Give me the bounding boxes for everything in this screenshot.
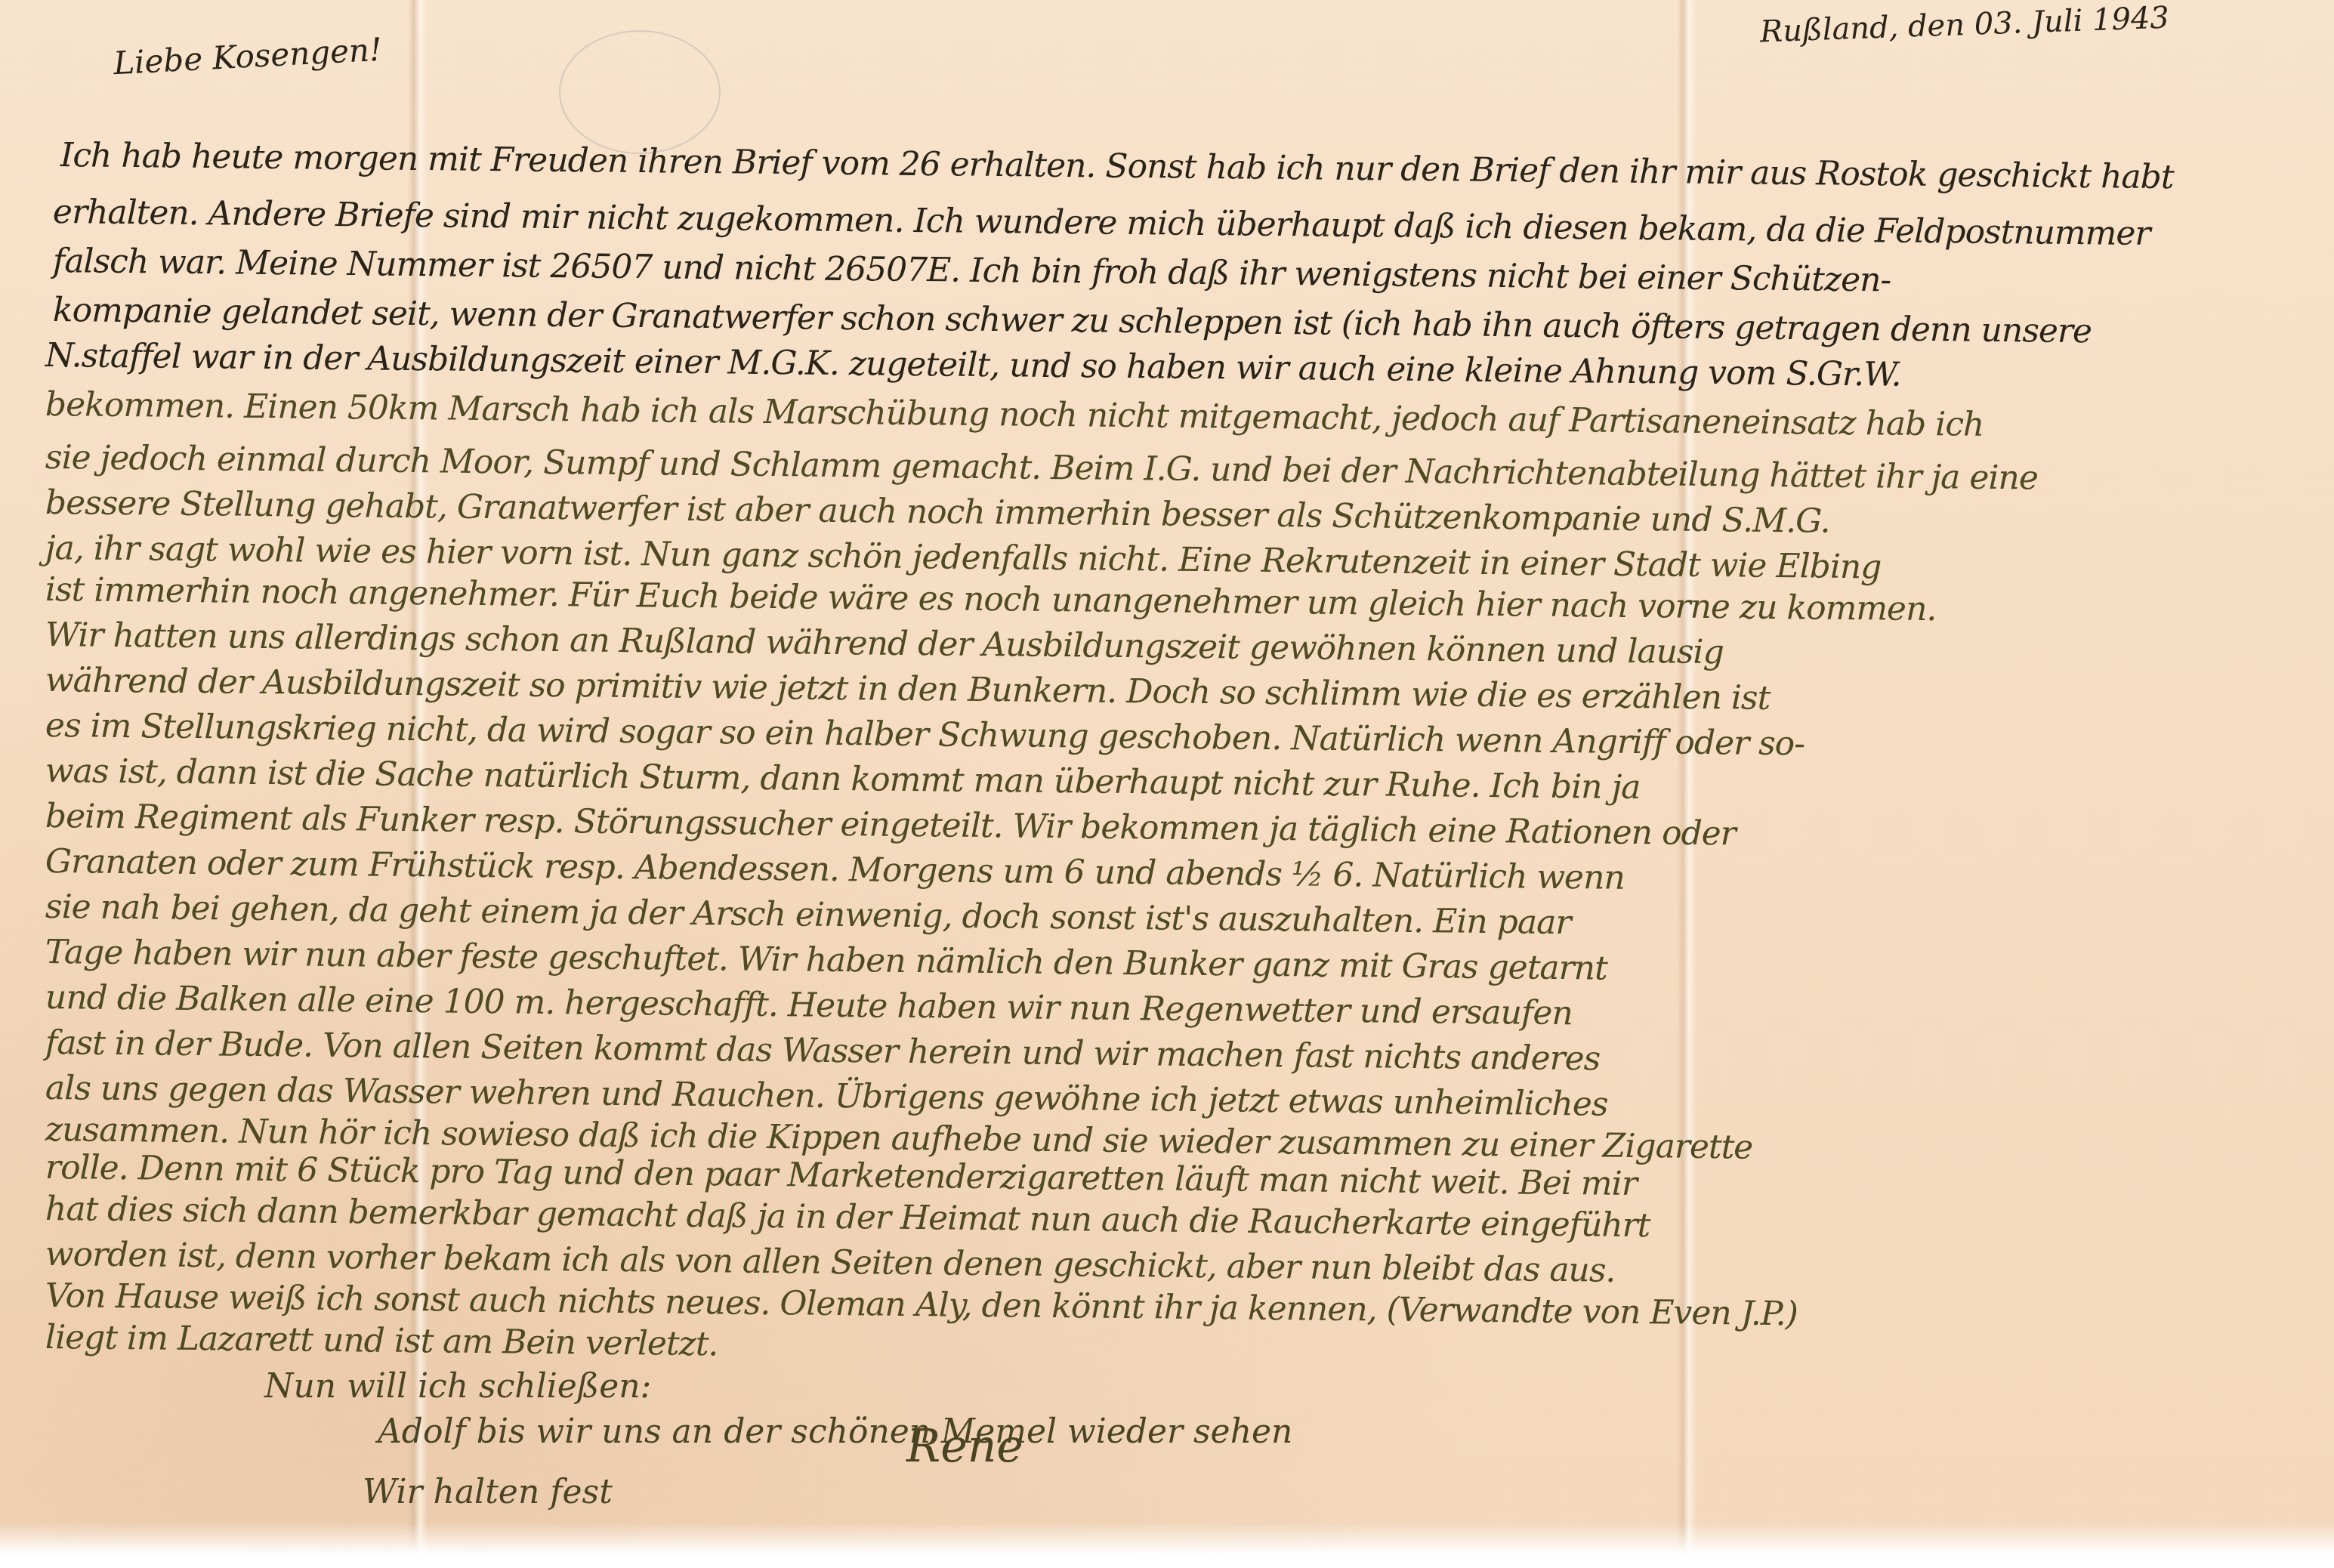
body-line: liegt im Lazarett und ist am Bein verlet…: [45, 1318, 718, 1363]
signature: Rene: [906, 1420, 1023, 1473]
closing-line: Adolf bis wir uns an der schönen Memel w…: [378, 1412, 1292, 1451]
torn-bottom-edge: [0, 1523, 2334, 1568]
closing-line: Nun will ich schließen:: [264, 1367, 651, 1406]
closing-line: Wir halten fest: [363, 1473, 613, 1511]
faint-postmark-stamp: [559, 30, 721, 154]
